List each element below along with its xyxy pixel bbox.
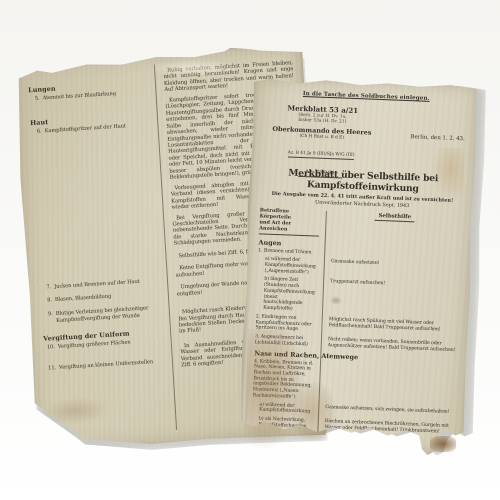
selfhelp-cell: Nicht reiben; wenn vorhanden, Sonnenbril…	[321, 337, 459, 354]
symptom-cell: 2. Eindringen von Kampfstoffschmutz oder…	[255, 314, 322, 334]
table-row: b) längere Zeit (Stunden) nach Kampfstof…	[256, 277, 461, 319]
selfhelp-cell: Möglichst rasch Spülung mit viel Wasser …	[321, 317, 460, 339]
item-number: 8.	[41, 297, 55, 304]
dateline: Berlin, den 1. 2. 43.	[410, 134, 464, 142]
symptom-cell: 3. Augenschmerz bei Lichteinfall (Lidsch…	[255, 334, 321, 348]
item-text: Vergiftung an kleinen Uniformstellen	[59, 359, 153, 371]
pocket-instruction: In die Tasche des Soldbuches einlegen.	[264, 89, 468, 103]
item-text: Jucken und Brennen auf der Haut	[54, 279, 140, 291]
item-number: 6.	[30, 128, 44, 135]
symptom-cell: 4. Kribbeln, Brennen in d. Nase, Niesen,…	[253, 359, 320, 402]
item-number: 9.	[42, 311, 57, 325]
letterhead: Merkblatt 53 a/21 (Beih. 2 zur H. Dv. 1a…	[262, 102, 468, 168]
table-header-row: Betroffene Körperteile und Art der Anzei…	[259, 208, 464, 241]
symptom-cell: b) längere Zeit (Stunden) nach Kampfstof…	[256, 277, 323, 314]
right-page-content: In die Tasche des Soldbuches einlegen. M…	[238, 76, 478, 456]
table-row: 4. Kribbeln, Brennen in d. Nase, Niesen,…	[253, 359, 458, 407]
symptom-cell: 1. Brennen und Tränen	[258, 248, 324, 256]
left-page-symptom-column: Lungen 5. Atemnot bis zur Blaufärbung Ha…	[28, 79, 165, 375]
list-item: 8. Blasen, Blasenbildung	[41, 290, 161, 304]
item-number: 7.	[40, 284, 54, 291]
list-item: 11. Vergiftung an kleinen Uniformstellen	[45, 358, 165, 372]
list-item: 7. Jucken und Brennen auf der Haut	[40, 278, 160, 292]
table-col1-header: Betroffene Körperteile und Art der Anzei…	[259, 208, 320, 236]
selfhelp-cell: Riechen an zerbrochenen Riechröhrchen, G…	[317, 419, 456, 441]
item-text: Blutige Verletzung bei gleichzeitiger Ka…	[56, 305, 163, 324]
table-col2-header: Selbsthilfe	[325, 211, 464, 242]
right-document-page: In die Tasche des Soldbuches einlegen. M…	[238, 76, 478, 456]
item-number: 5.	[28, 95, 42, 102]
item-number: 10.	[44, 344, 58, 351]
letterhead-left-block: Merkblatt 53 a/21 (Beih. 2 zur H. Dv. 1a…	[261, 102, 382, 180]
symptom-cell: a) während der Kampfstoffeinwirkung	[252, 402, 318, 416]
photo-backdrop: Lungen 5. Atemnot bis zur Blaufärbung Ha…	[0, 0, 500, 500]
item-text: Blasen, Blasenbildung	[55, 293, 112, 303]
selfhelp-table: Betroffene Körperteile und Art der Anzei…	[251, 208, 463, 441]
symptom-cell: a) während der Kampfstoffeinwirkung („Au…	[257, 257, 324, 277]
item-number: 11.	[45, 364, 59, 371]
selfhelp-cell: Truppenarzt aufsuchen!	[322, 279, 461, 319]
table-col1-header-line2: und Art der Anzeichen	[259, 220, 319, 234]
selfhelp-cell	[319, 361, 458, 406]
list-item: 9. Blutige Verletzung bei gleichzeitiger…	[42, 305, 163, 325]
selfhelp-cell: Gasmaske aufsetzen!	[323, 259, 462, 281]
